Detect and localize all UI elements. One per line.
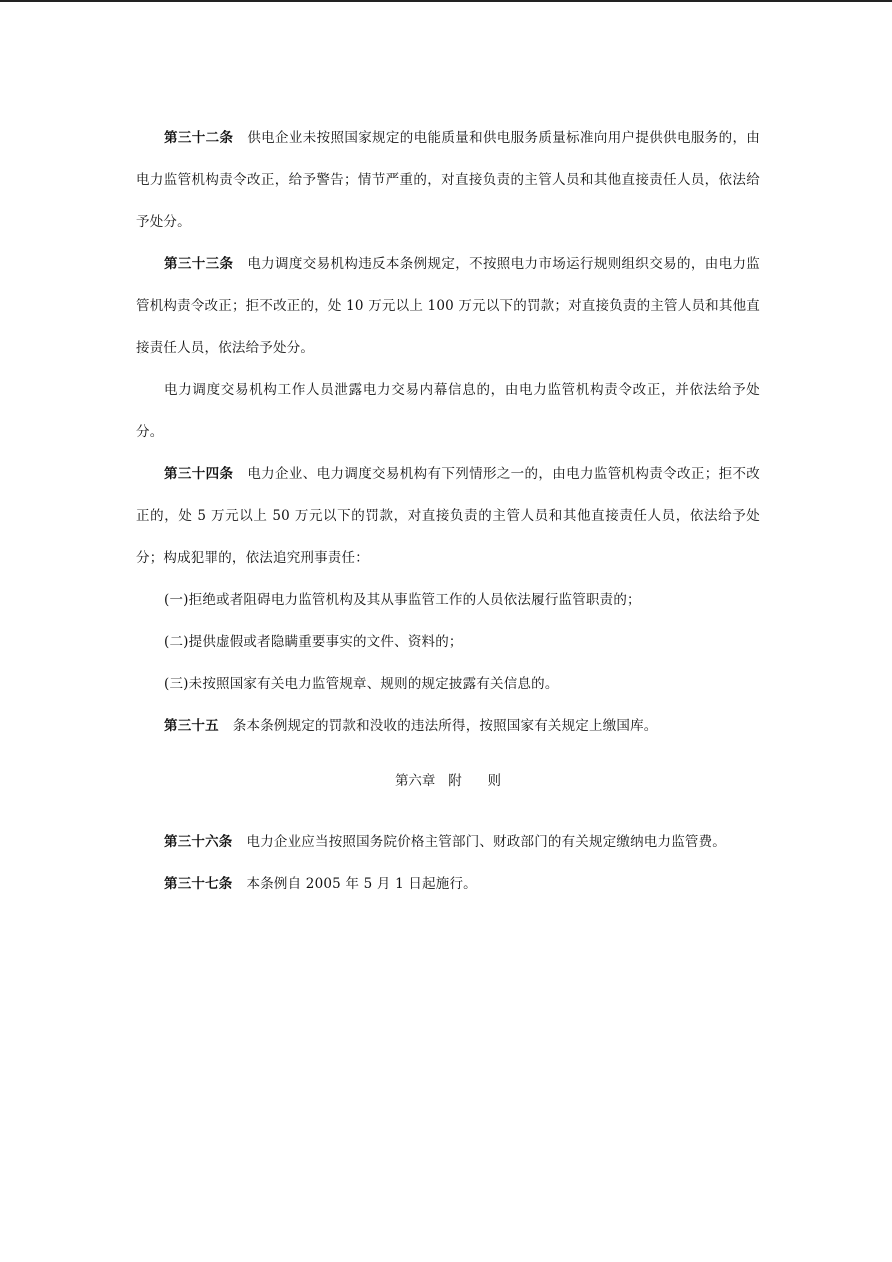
article-number: 第三十七条 [164,876,233,892]
article-number: 第三十四条 [164,466,233,482]
list-item: (二)提供虚假或者隐瞒重要事实的文件、资料的； [136,621,760,663]
article-number: 第三十二条 [164,130,233,146]
article-number: 第三十六条 [164,834,233,850]
article-33-extra-paragraph: 电力调度交易机构工作人员泄露电力交易内幕信息的，由电力监管机构责令改正，并依法给… [136,369,760,453]
article-37: 第三十七条本条例自 2005 年 5 月 1 日起施行。 [136,863,760,905]
article-33: 第三十三条电力调度交易机构违反本条例规定，不按照电力市场运行规则组织交易的，由电… [136,243,760,369]
list-item: (一)拒绝或者阻碍电力监管机构及其从事监管工作的人员依法履行监管职责的； [136,579,760,621]
article-text: 条本条例规定的罚款和没收的违法所得，按照国家有关规定上缴国库。 [233,718,658,734]
article-34: 第三十四条电力企业、电力调度交易机构有下列情形之一的，由电力监管机构责令改正；拒… [136,453,760,579]
document-page: 第三十二条供电企业未按照国家规定的电能质量和供电服务质量标准向用户提供供电服务的… [136,117,760,905]
article-number: 第三十五 [164,718,219,734]
article-text: 电力企业应当按照国务院价格主管部门、财政部门的有关规定缴纳电力监管费。 [247,834,727,850]
article-text: 本条例自 2005 年 5 月 1 日起施行。 [247,876,477,892]
article-35: 第三十五条本条例规定的罚款和没收的违法所得，按照国家有关规定上缴国库。 [136,705,760,747]
list-item: (三)未按照国家有关电力监管规章、规则的规定披露有关信息的。 [136,663,760,705]
article-32: 第三十二条供电企业未按照国家规定的电能质量和供电服务质量标准向用户提供供电服务的… [136,117,760,243]
article-number: 第三十三条 [164,256,233,272]
article-36: 第三十六条电力企业应当按照国务院价格主管部门、财政部门的有关规定缴纳电力监管费。 [136,821,760,863]
chapter-heading: 第六章 附 则 [136,760,760,802]
